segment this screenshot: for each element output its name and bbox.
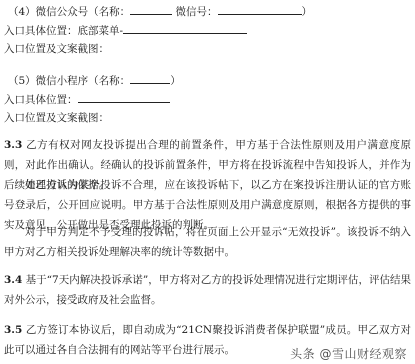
clause-text: 基于“7天内解决投诉承诺”，甲方将对乙方的投诉处理情况进行定期评估，评估结果对外… [4, 274, 411, 306]
account-label: 微信号： [176, 6, 218, 18]
section4-entry-line: 入口具体位置：底部菜单- [4, 23, 247, 38]
entry-blank [78, 92, 170, 103]
clause-3-3-p3: 对于甲方判定不予受理的投诉帖，将在页面上公开显示“无效投诉”。该投诉不纳入甲方对… [4, 222, 411, 262]
account-blank [218, 4, 302, 15]
close-paren: ） [302, 6, 313, 18]
section5-entry-line: 入口具体位置： [4, 92, 170, 107]
watermark: 头条 @雪山财经观察 [290, 345, 407, 362]
entry-blank [123, 23, 247, 34]
name-blank [130, 73, 170, 84]
section5-title-line: （5）微信小程序（名称：） [8, 73, 181, 88]
clause-number: 3.3 [4, 139, 22, 151]
clause-3-4: 3.4 基于“7天内解决投诉承诺”，甲方将对乙方的投诉处理情况进行定期评估，评估… [4, 270, 411, 310]
section5-title: （5）微信小程序（名称： [8, 75, 130, 87]
section4-screenshot-label: 入口位置及文案截图： [4, 42, 109, 56]
entry-position-label: 入口具体位置： [4, 94, 78, 106]
clause-number: 3.4 [4, 274, 22, 286]
entry-position-label: 入口具体位置：底部菜单- [4, 25, 123, 37]
section4-title: （4）微信公众号（名称： [8, 6, 130, 18]
clause-number: 3.5 [4, 324, 22, 336]
section5-screenshot-label: 入口位置及文案截图： [4, 111, 109, 125]
close-paren: ） [170, 75, 181, 87]
name-blank [130, 4, 172, 15]
section4-title-line: （4）微信公众号（名称： 微信号：） [8, 4, 312, 19]
